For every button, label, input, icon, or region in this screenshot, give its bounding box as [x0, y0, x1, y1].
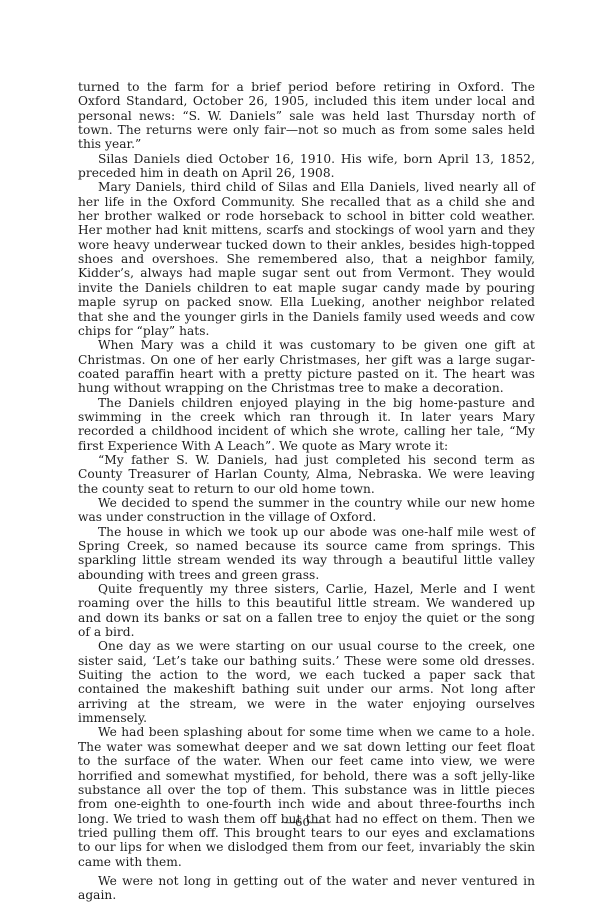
paragraph-quote-summer: We decided to spend the summer in the co… [78, 496, 535, 525]
paragraph-mary-daniels: Mary Daniels, third child of Silas and E… [78, 180, 535, 338]
paragraph-quote-sisters: Quite frequently my three sisters, Carli… [78, 582, 535, 639]
document-page: turned to the farm for a brief period be… [78, 80, 535, 902]
paragraph-quote-ending: We were not long in getting out of the w… [78, 874, 535, 902]
paragraph-children-creek: The Daniels children enjoyed playing in … [78, 396, 535, 453]
paragraph-quote-house: The house in which we took up our abode … [78, 525, 535, 582]
paragraph-silas-death: Silas Daniels died October 16, 1910. His… [78, 152, 535, 181]
paragraph-farm-sale: turned to the farm for a brief period be… [78, 80, 535, 152]
paragraph-quote-father: “My father S. W. Daniels, had just compl… [78, 453, 535, 496]
page-number: —60— [0, 815, 605, 829]
paragraph-quote-leeches: We had been splashing about for some tim… [78, 725, 535, 868]
paragraph-christmas-gift: When Mary was a child it was customary t… [78, 338, 535, 395]
paragraph-quote-bathing: One day as we were starting on our usual… [78, 639, 535, 725]
